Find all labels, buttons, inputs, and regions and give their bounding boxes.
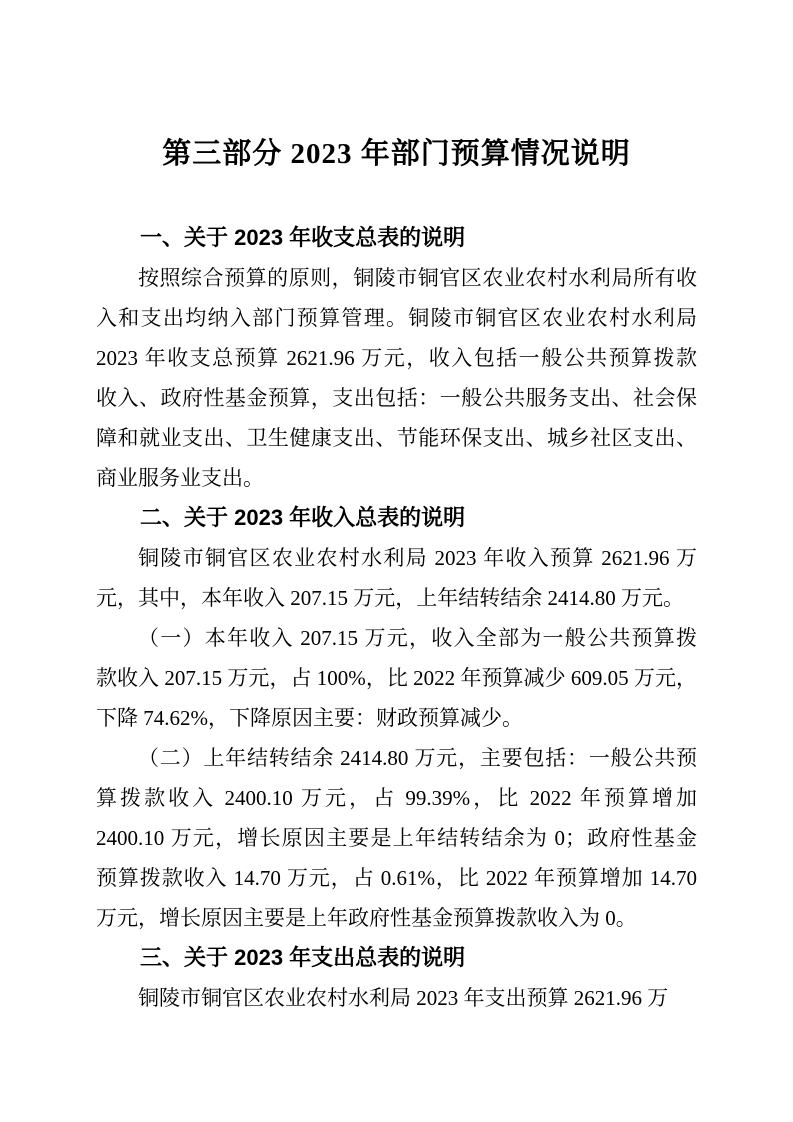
text-line: 障和就业支出、卫生健康支出、节能环保支出、城乡社区支出、: [96, 418, 697, 458]
text-line: 款收入 207.15 万元，占 100%，比 2022 年预算减少 609.05…: [96, 658, 697, 698]
text-line: 预算拨款收入 14.70 万元，占 0.61%，比 2022 年预算增加 14.…: [96, 858, 697, 898]
text-line: 元，其中，本年收入 207.15 万元，上年结转结余 2414.80 万元。: [96, 578, 697, 618]
text-line: 按照综合预算的原则，铜陵市铜官区农业农村水利局所有收: [96, 258, 697, 298]
section-heading-3: 三、关于 2023 年支出总表的说明: [96, 938, 697, 978]
text-line: 2400.10 万元，增长原因主要是上年结转结余为 0；政府性基金: [96, 818, 697, 858]
text-line: （一）本年收入 207.15 万元，收入全部为一般公共预算拨: [96, 618, 697, 658]
text-line: 下降 74.62%，下降原因主要：财政预算减少。: [96, 698, 697, 738]
document-page: 第三部分 2023 年部门预算情况说明 一、关于 2023 年收支总表的说明按照…: [0, 0, 793, 1122]
text-line: 铜陵市铜官区农业农村水利局 2023 年支出预算 2621.96 万: [96, 978, 697, 1018]
text-line: 收入、政府性基金预算，支出包括：一般公共服务支出、社会保: [96, 378, 697, 418]
document-title: 第三部分 2023 年部门预算情况说明: [60, 132, 733, 177]
section-heading-1: 一、关于 2023 年收支总表的说明: [96, 218, 697, 258]
document-body: 一、关于 2023 年收支总表的说明按照综合预算的原则，铜陵市铜官区农业农村水利…: [96, 218, 697, 1018]
text-line: 入和支出均纳入部门预算管理。铜陵市铜官区农业农村水利局: [96, 298, 697, 338]
text-line: 2023 年收支总预算 2621.96 万元，收入包括一般公共预算拨款: [96, 338, 697, 378]
text-line: 算拨款收入 2400.10 万元，占 99.39%，比 2022 年预算增加: [96, 778, 697, 818]
text-line: 万元，增长原因主要是上年政府性基金预算拨款收入为 0。: [96, 898, 697, 938]
text-line: （二）上年结转结余 2414.80 万元，主要包括：一般公共预: [96, 738, 697, 778]
text-line: 铜陵市铜官区农业农村水利局 2023 年收入预算 2621.96 万: [96, 538, 697, 578]
text-line: 商业服务业支出。: [96, 458, 697, 498]
section-heading-2: 二、关于 2023 年收入总表的说明: [96, 498, 697, 538]
